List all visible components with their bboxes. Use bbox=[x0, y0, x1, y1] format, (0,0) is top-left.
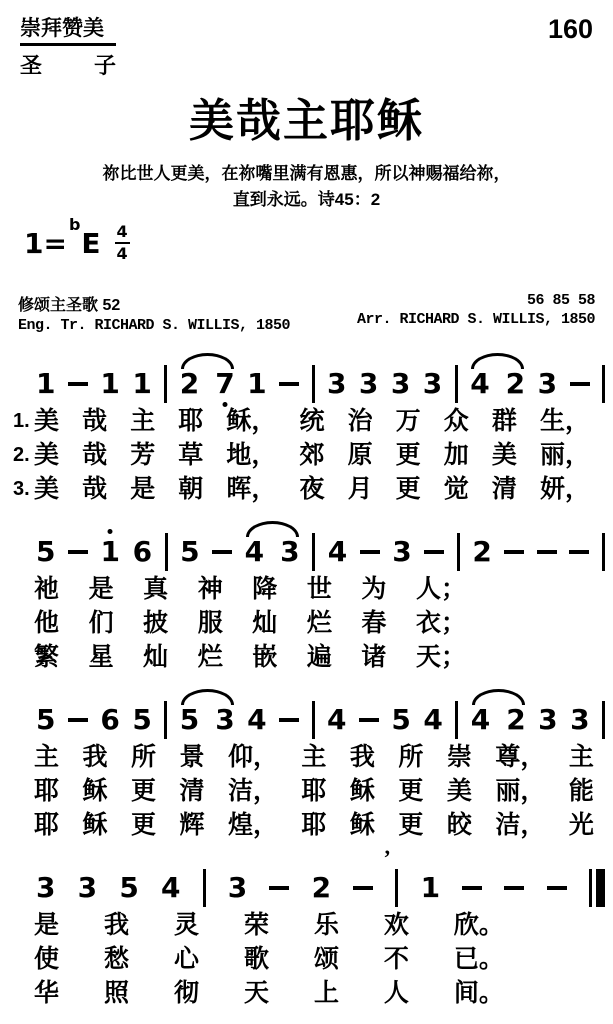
meter-numerator: 4 bbox=[115, 224, 130, 244]
lyric-syllable: 美 bbox=[34, 477, 59, 502]
duration-dash-icon bbox=[360, 550, 380, 554]
notation-line: 3354321 bbox=[0, 852, 613, 908]
key-main: 1=bE bbox=[24, 227, 101, 260]
lyric-syllable: 朝 bbox=[178, 477, 203, 502]
lyric-syllable: 觉 bbox=[444, 477, 469, 502]
lyric-syllable: 欢 bbox=[384, 913, 409, 938]
page-header: 崇拜赞美 圣 子 160 bbox=[20, 12, 593, 80]
lyric-syllable: 煌， bbox=[228, 813, 278, 838]
scripture-verse: 祢比世人更美，在祢嘴里满有恩惠，所以神赐福给祢， 直到永远。诗45：2 bbox=[0, 161, 613, 212]
subcategory-char-2: 子 bbox=[94, 49, 116, 80]
lyric-syllable: 我 bbox=[350, 745, 375, 770]
hymn-number: 160 bbox=[548, 14, 593, 45]
barline-icon bbox=[203, 869, 206, 907]
lyric-syllable: 洁， bbox=[495, 813, 545, 838]
syllable-track: 耶稣更清洁，耶稣更美丽，能 bbox=[34, 779, 594, 804]
meter-index: 56 85 58 bbox=[527, 292, 595, 309]
barline-breath-mark-icon bbox=[395, 869, 398, 907]
barline-icon bbox=[457, 533, 460, 571]
lyric-syllable: 夜 bbox=[299, 477, 324, 502]
note-number: 1 bbox=[100, 370, 119, 398]
note-number: 1 bbox=[421, 874, 440, 902]
subcategory-label: 圣 子 bbox=[20, 49, 116, 80]
lyric-syllable: 耶 bbox=[301, 779, 326, 804]
note-number: 4 bbox=[470, 370, 489, 398]
lyric-syllable: 他 bbox=[34, 611, 59, 636]
lyric-syllable: 稣 bbox=[350, 813, 375, 838]
note-number: 3 bbox=[359, 370, 378, 398]
barline-icon bbox=[165, 533, 168, 571]
note-number: 6 bbox=[100, 706, 119, 734]
duration-dash-icon bbox=[504, 550, 524, 554]
note-number: 5 bbox=[391, 706, 410, 734]
lyric-syllable: 灿 bbox=[252, 611, 277, 636]
lyric-syllable: 尊， bbox=[495, 745, 545, 770]
lyric-syllable: 我 bbox=[82, 745, 107, 770]
lyrics-row: 是我灵荣乐欢欣。 bbox=[0, 908, 613, 942]
lyric-syllable: 美 bbox=[34, 443, 59, 468]
barline-icon bbox=[312, 365, 315, 403]
duration-dash-icon bbox=[462, 886, 482, 890]
note-number: 3 bbox=[538, 706, 557, 734]
note-number: 3 bbox=[36, 874, 55, 902]
lyric-syllable: 美 bbox=[492, 443, 517, 468]
note-number: 3 bbox=[423, 370, 442, 398]
lyrics-row: 耶稣更清洁，耶稣更美丽，能 bbox=[0, 774, 613, 808]
credits: 修颂主圣歌 52 Eng. Tr. RICHARD S. WILLIS, 185… bbox=[18, 292, 595, 334]
lyric-syllable: 仰， bbox=[228, 745, 278, 770]
lyric-syllable: 稣， bbox=[226, 409, 276, 434]
note-number: 4 bbox=[247, 706, 266, 734]
lyric-syllable: 丽， bbox=[495, 779, 545, 804]
lyric-syllable: 丽， bbox=[540, 443, 590, 468]
key-letter: E bbox=[81, 227, 100, 260]
lyric-syllable: 祂 bbox=[34, 577, 59, 602]
note-number: 6 bbox=[133, 538, 152, 566]
duration-dash-icon bbox=[279, 718, 299, 722]
note-number: 3 bbox=[215, 706, 234, 734]
lyric-syllable: 遍 bbox=[307, 645, 332, 670]
lyric-syllable: 乐 bbox=[314, 913, 339, 938]
barline-icon bbox=[312, 701, 315, 739]
music-systems: 11127133334231.美哉主耶稣，统治万众群生，2.美哉芳草地，郊原更加… bbox=[0, 348, 613, 1010]
arranger-credit: Arr. RICHARD S. WILLIS, 1850 bbox=[357, 311, 595, 328]
category-block: 崇拜赞美 圣 子 bbox=[20, 12, 116, 80]
lyrics-row: 他们披服灿烂春衣； bbox=[0, 606, 613, 640]
lyric-syllable: 服 bbox=[198, 611, 223, 636]
lyric-syllable: 治 bbox=[348, 409, 373, 434]
barline-icon bbox=[455, 365, 458, 403]
syllable-track: 主我所景仰，主我所崇尊，主 bbox=[34, 745, 594, 770]
lyric-syllable: 主 bbox=[34, 745, 59, 770]
lyric-syllable: 们 bbox=[89, 611, 114, 636]
subcategory-char-1: 圣 bbox=[20, 49, 42, 80]
lyric-syllable: 光 bbox=[569, 813, 594, 838]
lyric-syllable: 耶 bbox=[301, 813, 326, 838]
lyric-syllable: 景 bbox=[179, 745, 204, 770]
lyric-syllable: 加 bbox=[444, 443, 469, 468]
lyric-syllable: 天 bbox=[244, 981, 269, 1006]
note-number: 3 bbox=[280, 538, 299, 566]
note-number: 5 bbox=[180, 538, 199, 566]
lyric-syllable: 已。 bbox=[454, 947, 504, 972]
lyric-syllable: 间。 bbox=[454, 981, 504, 1006]
lyric-syllable: 照 bbox=[104, 981, 129, 1006]
verse-number: 3. bbox=[13, 478, 30, 501]
note-number: 1 bbox=[36, 370, 55, 398]
barline-icon bbox=[312, 533, 315, 571]
duration-dash-icon bbox=[504, 886, 524, 890]
lyric-syllable: 更 bbox=[398, 779, 423, 804]
hymn-title: 美哉主耶稣 bbox=[0, 84, 613, 149]
note-number: 4 bbox=[471, 706, 490, 734]
barline-icon bbox=[164, 701, 167, 739]
duration-dash-icon bbox=[279, 382, 299, 386]
note-number: 3 bbox=[78, 874, 97, 902]
slur-group: 42 bbox=[471, 706, 526, 734]
lyric-syllable: 我 bbox=[104, 913, 129, 938]
lyric-syllable: 星 bbox=[89, 645, 114, 670]
lyric-syllable: 彻 bbox=[174, 981, 199, 1006]
barline-icon bbox=[602, 701, 605, 739]
slur-group: 43 bbox=[245, 538, 300, 566]
lyric-syllable: 主 bbox=[301, 745, 326, 770]
lyric-syllable: 嵌 bbox=[252, 645, 277, 670]
lyric-syllable: 哉 bbox=[82, 443, 107, 468]
lyric-syllable: 更 bbox=[396, 477, 421, 502]
lyric-syllable: 繁 bbox=[34, 645, 59, 670]
music-system: 516543432祂是真神降世为人；他们披服灿烂春衣；繁星灿烂嵌遍诸天； bbox=[0, 516, 613, 674]
lyric-syllable: 灿 bbox=[143, 645, 168, 670]
note-number: 7 bbox=[215, 370, 234, 398]
syllable-track: 他们披服灿烂春衣； bbox=[34, 611, 466, 636]
duration-dash-icon bbox=[359, 718, 379, 722]
lyric-syllable: 妍， bbox=[540, 477, 590, 502]
lyric-syllable: 皎 bbox=[447, 813, 472, 838]
lyric-syllable: 春 bbox=[361, 611, 386, 636]
note-number: 5 bbox=[180, 706, 199, 734]
lyric-syllable: 月 bbox=[348, 477, 373, 502]
note-number: 4 bbox=[245, 538, 264, 566]
note-number: 4 bbox=[327, 706, 346, 734]
syllable-track: 祂是真神降世为人； bbox=[34, 577, 466, 602]
notation-line: 1112713333423 bbox=[0, 348, 613, 404]
lyric-syllable: 降 bbox=[252, 577, 277, 602]
note-number: 2 bbox=[506, 706, 525, 734]
note-number: 2 bbox=[472, 538, 491, 566]
duration-dash-icon bbox=[269, 886, 289, 890]
lyric-syllable: 众 bbox=[444, 409, 469, 434]
lyric-syllable: 耶 bbox=[178, 409, 203, 434]
barline-icon bbox=[455, 701, 458, 739]
lyric-syllable: 歌 bbox=[244, 947, 269, 972]
lyrics-row: 祂是真神降世为人； bbox=[0, 572, 613, 606]
note-number: 4 bbox=[161, 874, 180, 902]
lyric-syllable: 所 bbox=[131, 745, 156, 770]
note-number: 2 bbox=[180, 370, 199, 398]
note-number: 4 bbox=[328, 538, 347, 566]
lyrics-row: 华照彻天上人间。 bbox=[0, 976, 613, 1010]
lyrics-row: 耶稣更辉煌，耶稣更皎洁，光 bbox=[0, 808, 613, 842]
scripture-line-2: 直到永远。诗45：2 bbox=[0, 187, 613, 213]
lyric-syllable: 美 bbox=[447, 779, 472, 804]
lyric-syllable: 心 bbox=[174, 947, 199, 972]
barline-icon bbox=[602, 533, 605, 571]
syllable-track: 美哉是朝晖，夜月更觉清妍， bbox=[34, 477, 590, 502]
verse-number: 1. bbox=[13, 410, 30, 433]
notation-line: 5655344544233 bbox=[0, 684, 613, 740]
lyric-syllable: 稣 bbox=[82, 813, 107, 838]
lyrics-row: 主我所景仰，主我所崇尊，主 bbox=[0, 740, 613, 774]
flat-icon: b bbox=[69, 215, 80, 234]
lyric-syllable: 稣 bbox=[350, 779, 375, 804]
category-label: 崇拜赞美 bbox=[20, 12, 116, 46]
lyric-syllable: 是 bbox=[89, 577, 114, 602]
lyric-syllable: 披 bbox=[143, 611, 168, 636]
lyric-syllable: 洁， bbox=[228, 779, 278, 804]
lyric-syllable: 世 bbox=[307, 577, 332, 602]
syllable-track: 华照彻天上人间。 bbox=[34, 981, 504, 1006]
lyric-syllable: 清 bbox=[179, 779, 204, 804]
note-number: 3 bbox=[538, 370, 557, 398]
lyrics-row: 繁星灿烂嵌遍诸天； bbox=[0, 640, 613, 674]
barline-icon bbox=[164, 365, 167, 403]
slur-group: 42 bbox=[470, 370, 525, 398]
lyric-syllable: 草 bbox=[178, 443, 203, 468]
lyric-syllable: 诸 bbox=[361, 645, 386, 670]
lyric-syllable: 更 bbox=[396, 443, 421, 468]
lyric-syllable: 能 bbox=[569, 779, 594, 804]
music-system: 11127133334231.美哉主耶稣，统治万众群生，2.美哉芳草地，郊原更加… bbox=[0, 348, 613, 506]
lyrics-row: 2.美哉芳草地，郊原更加美丽， bbox=[0, 438, 613, 472]
lyric-syllable: 不 bbox=[384, 947, 409, 972]
syllable-track: 是我灵荣乐欢欣。 bbox=[34, 913, 504, 938]
note-number: 1 bbox=[247, 370, 266, 398]
lyric-syllable: 芳 bbox=[130, 443, 155, 468]
lyric-syllable: 华 bbox=[34, 981, 59, 1006]
barline-icon bbox=[602, 365, 605, 403]
lyric-syllable: 神 bbox=[198, 577, 223, 602]
lyric-syllable: 地， bbox=[226, 443, 276, 468]
syllable-track: 美哉芳草地，郊原更加美丽， bbox=[34, 443, 590, 468]
lyric-syllable: 崇 bbox=[447, 745, 472, 770]
final-barline-thick bbox=[596, 869, 605, 907]
note-number: 5 bbox=[119, 874, 138, 902]
duration-dash-icon bbox=[68, 382, 88, 386]
lyric-syllable: 衣； bbox=[416, 611, 466, 636]
lyric-syllable: 辉 bbox=[179, 813, 204, 838]
lyrics-row: 3.美哉是朝晖，夜月更觉清妍， bbox=[0, 472, 613, 506]
lyric-syllable: 更 bbox=[398, 813, 423, 838]
final-barline-thin bbox=[589, 869, 592, 907]
duration-dash-icon bbox=[212, 550, 232, 554]
lyric-syllable: 万 bbox=[396, 409, 421, 434]
music-system: 5655344544233主我所景仰，主我所崇尊，主耶稣更清洁，耶稣更美丽，能耶… bbox=[0, 684, 613, 842]
lyric-syllable: 哉 bbox=[82, 409, 107, 434]
lyric-syllable: 晖， bbox=[226, 477, 276, 502]
note-number: 3 bbox=[327, 370, 346, 398]
verse-number: 2. bbox=[13, 444, 30, 467]
meter-denominator: 4 bbox=[117, 244, 128, 263]
duration-dash-icon bbox=[424, 550, 444, 554]
duration-dash-icon bbox=[68, 550, 88, 554]
duration-dash-icon bbox=[569, 550, 589, 554]
scripture-line-1: 祢比世人更美，在祢嘴里满有恩惠，所以神赐福给祢， bbox=[0, 161, 613, 187]
lyric-syllable: 更 bbox=[131, 813, 156, 838]
lyric-syllable: 群 bbox=[492, 409, 517, 434]
lyrics-row: 使愁心歌颂不已。 bbox=[0, 942, 613, 976]
lyric-syllable: 愁 bbox=[104, 947, 129, 972]
note-number: 2 bbox=[312, 874, 331, 902]
lyric-syllable: 烂 bbox=[198, 645, 223, 670]
note-number: 3 bbox=[570, 706, 589, 734]
duration-dash-icon bbox=[68, 718, 88, 722]
duration-dash-icon bbox=[547, 886, 567, 890]
duration-dash-icon bbox=[537, 550, 557, 554]
lyric-syllable: 主 bbox=[569, 745, 594, 770]
lyric-syllable: 清 bbox=[492, 477, 517, 502]
note-number: 5 bbox=[36, 706, 55, 734]
source-hymnal: 修颂主圣歌 52 bbox=[18, 292, 290, 315]
notation-line: 516543432 bbox=[0, 516, 613, 572]
lyric-syllable: 使 bbox=[34, 947, 59, 972]
note-number: 3 bbox=[228, 874, 247, 902]
credits-left: 修颂主圣歌 52 Eng. Tr. RICHARD S. WILLIS, 185… bbox=[18, 292, 290, 334]
note-number: 5 bbox=[132, 706, 151, 734]
syllable-track: 耶稣更辉煌，耶稣更皎洁，光 bbox=[34, 813, 594, 838]
syllable-track: 美哉主耶稣，统治万众群生， bbox=[34, 409, 590, 434]
lyric-syllable: 生， bbox=[540, 409, 590, 434]
lyric-syllable: 天； bbox=[416, 645, 466, 670]
lyric-syllable: 美 bbox=[34, 409, 59, 434]
note-number: 3 bbox=[392, 538, 411, 566]
translator-credit: Eng. Tr. RICHARD S. WILLIS, 1850 bbox=[18, 317, 290, 334]
slur-group: 27 bbox=[180, 370, 235, 398]
lyrics-row: 1.美哉主耶稣，统治万众群生， bbox=[0, 404, 613, 438]
key-signature: 1=bE 4 4 bbox=[24, 224, 613, 262]
note-number: 5 bbox=[36, 538, 55, 566]
syllable-track: 繁星灿烂嵌遍诸天； bbox=[34, 645, 466, 670]
slur-group: 53 bbox=[180, 706, 235, 734]
lyric-syllable: 荣 bbox=[244, 913, 269, 938]
lyric-syllable: 是 bbox=[34, 913, 59, 938]
lyric-syllable: 人 bbox=[384, 981, 409, 1006]
note-number: 1 bbox=[101, 538, 120, 566]
final-barline-icon bbox=[589, 869, 605, 907]
lyric-syllable: 灵 bbox=[174, 913, 199, 938]
lyric-syllable: 原 bbox=[348, 443, 373, 468]
time-signature: 4 4 bbox=[115, 224, 130, 262]
key-prefix: 1= bbox=[24, 227, 67, 260]
music-system: 3354321是我灵荣乐欢欣。使愁心歌颂不已。华照彻天上人间。 bbox=[0, 852, 613, 1010]
lyric-syllable: 郊 bbox=[299, 443, 324, 468]
lyric-syllable: 稣 bbox=[82, 779, 107, 804]
lyric-syllable: 主 bbox=[130, 409, 155, 434]
lyric-syllable: 上 bbox=[314, 981, 339, 1006]
lyric-syllable: 所 bbox=[398, 745, 423, 770]
duration-dash-icon bbox=[353, 886, 373, 890]
lyric-syllable: 为 bbox=[361, 577, 386, 602]
lyric-syllable: 统 bbox=[299, 409, 324, 434]
note-number: 4 bbox=[423, 706, 442, 734]
lyric-syllable: 真 bbox=[143, 577, 168, 602]
lyric-syllable: 烂 bbox=[307, 611, 332, 636]
credits-right: 56 85 58 Arr. RICHARD S. WILLIS, 1850 bbox=[357, 292, 595, 334]
lyric-syllable: 欣。 bbox=[454, 913, 504, 938]
note-number: 2 bbox=[506, 370, 525, 398]
lyric-syllable: 是 bbox=[130, 477, 155, 502]
lyric-syllable: 人； bbox=[416, 577, 466, 602]
lyric-syllable: 哉 bbox=[82, 477, 107, 502]
lyric-syllable: 耶 bbox=[34, 813, 59, 838]
lyric-syllable: 耶 bbox=[34, 779, 59, 804]
duration-dash-icon bbox=[570, 382, 590, 386]
syllable-track: 使愁心歌颂不已。 bbox=[34, 947, 504, 972]
note-number: 1 bbox=[132, 370, 151, 398]
note-number: 3 bbox=[391, 370, 410, 398]
lyric-syllable: 更 bbox=[131, 779, 156, 804]
lyric-syllable: 颂 bbox=[314, 947, 339, 972]
